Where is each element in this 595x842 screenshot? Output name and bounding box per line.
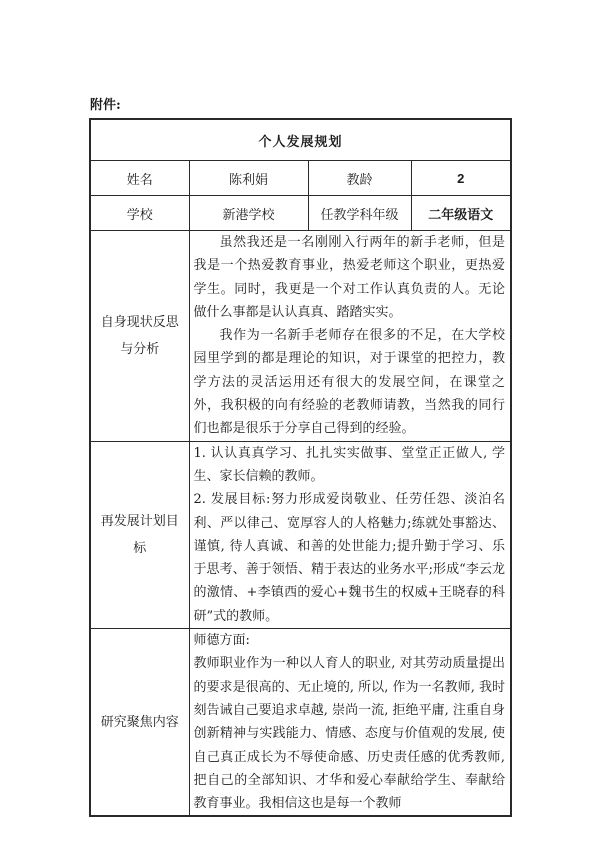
section-content-research-focus: 师德方面: 教师职业作为一种以人育人的职业, 对其劳动质量提出的要求是很高的、无…	[189, 629, 511, 817]
personal-development-plan-table: 个人发展规划 姓名 陈利娟 教龄 2 学校 新港学校 任教学科年级 二年级语文 …	[89, 118, 512, 817]
info-row-name: 姓名 陈利娟 教龄 2	[90, 161, 511, 196]
section-row-research-focus: 研究聚焦内容 师德方面: 教师职业作为一种以人育人的职业, 对其劳动质量提出的要…	[90, 629, 511, 817]
paragraph: 虽然我还是一名刚刚入行两年的新手老师，但是我是一个热爱教育事业，热爱老师这个职业…	[194, 231, 506, 324]
section-content-development-goals: 1. 认认真真学习、扎扎实实做事、堂堂正正做人, 学生、家长信赖的教师。 2. …	[189, 441, 511, 628]
section-label-development-goals: 再发展计划目标	[90, 441, 189, 628]
table-title: 个人发展规划	[90, 119, 511, 161]
school-value: 新港学校	[189, 196, 308, 231]
paragraph: 教师职业作为一种以人育人的职业, 对其劳动质量提出的要求是很高的、无止境的, 所…	[194, 652, 506, 815]
name-label: 姓名	[90, 161, 189, 196]
school-label: 学校	[90, 196, 189, 231]
paragraph: 2. 发展目标:努力形成爱岗敬业、任劳任怨、淡泊名利、严以律己、宽厚容人的人格魅…	[194, 488, 506, 628]
section-row-self-reflection: 自身现状反思与分析 虽然我还是一名刚刚入行两年的新手老师，但是我是一个热爱教育事…	[90, 231, 511, 442]
attachment-label: 附件:	[90, 94, 121, 113]
section-label-research-focus: 研究聚焦内容	[90, 629, 189, 817]
subject-grade-value: 二年级语文	[411, 196, 511, 231]
paragraph: 1. 认认真真学习、扎扎实实做事、堂堂正正做人, 学生、家长信赖的教师。	[194, 442, 506, 489]
section-label-self-reflection: 自身现状反思与分析	[90, 231, 189, 442]
name-value: 陈利娟	[189, 161, 308, 196]
info-row-school: 学校 新港学校 任教学科年级 二年级语文	[90, 196, 511, 231]
title-row: 个人发展规划	[90, 119, 511, 161]
teaching-age-label: 教龄	[308, 161, 411, 196]
teaching-age-value: 2	[411, 161, 511, 196]
paragraph: 师德方面:	[194, 629, 506, 652]
document-page: 附件: 个人发展规划 姓名 陈利娟 教龄 2 学校 新港学校 任教学科年级 二年…	[0, 0, 595, 842]
subject-grade-label: 任教学科年级	[308, 196, 411, 231]
paragraph: 我作为一名新手老师存在很多的不足，在大学校园里学到的都是理论的知识，对于课堂的把…	[194, 324, 506, 440]
section-row-development-goals: 再发展计划目标 1. 认认真真学习、扎扎实实做事、堂堂正正做人, 学生、家长信赖…	[90, 441, 511, 628]
section-content-self-reflection: 虽然我还是一名刚刚入行两年的新手老师，但是我是一个热爱教育事业，热爱老师这个职业…	[189, 231, 511, 442]
